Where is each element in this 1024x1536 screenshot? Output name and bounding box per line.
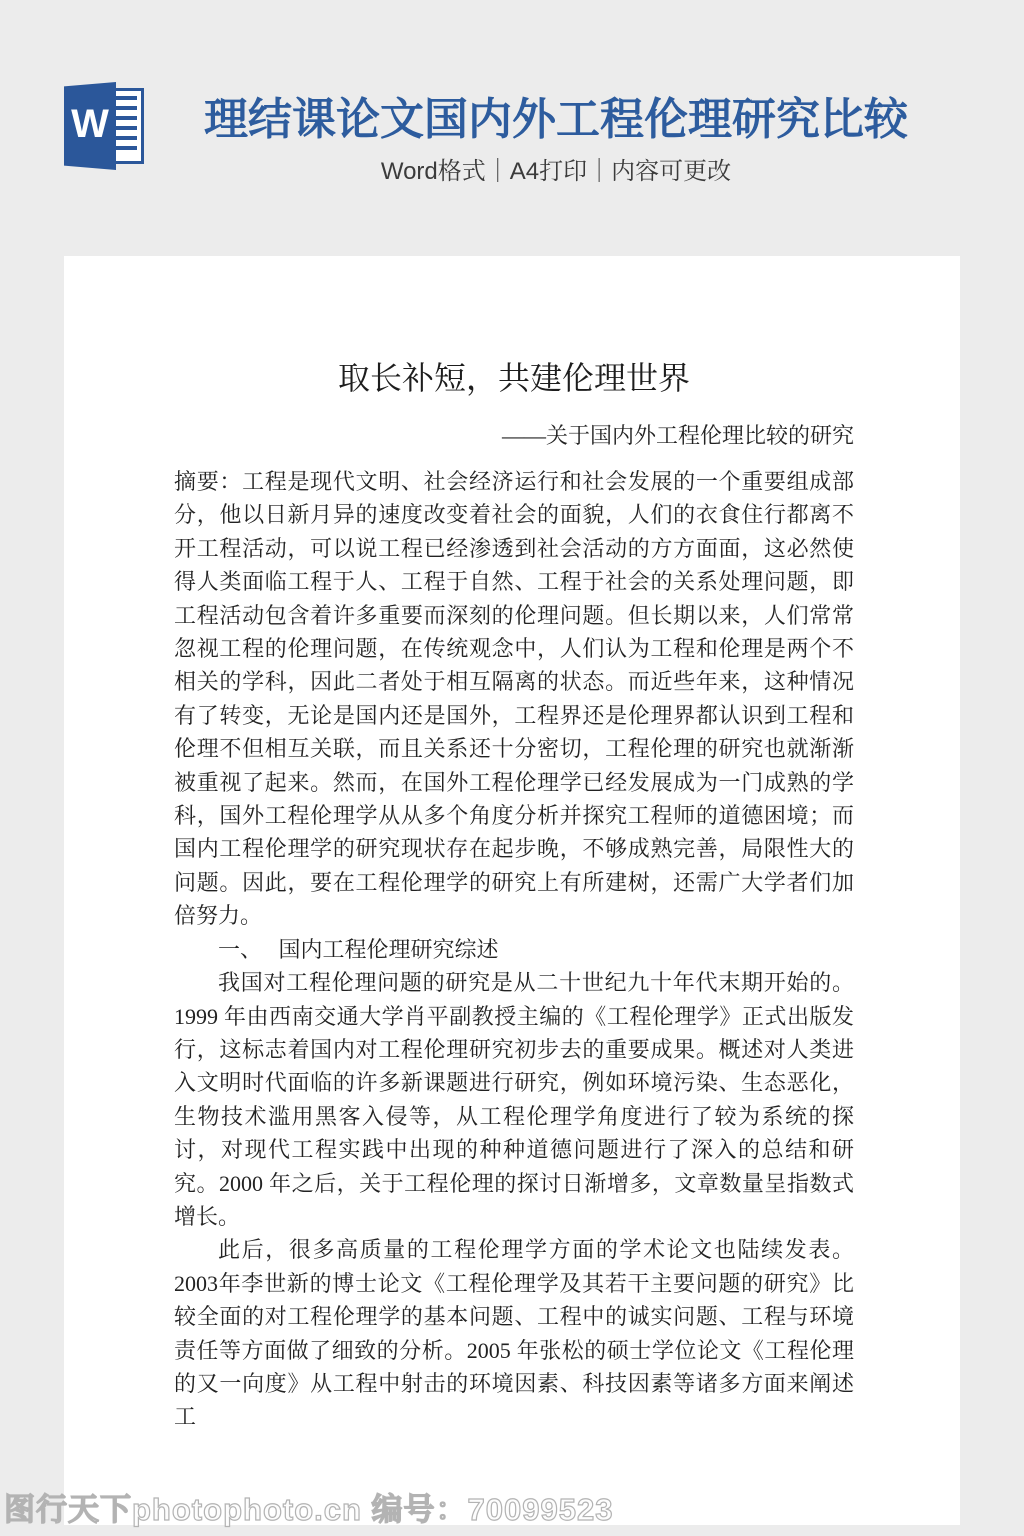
document-title: 取长补短，共建伦理世界 bbox=[174, 355, 854, 401]
template-preview-screenshot: { "colors": { "background": "#ececec", "… bbox=[0, 0, 1024, 1536]
word-icon-front: W bbox=[64, 82, 116, 170]
paragraph-abstract: 摘要：工程是现代文明、社会经济运行和社会发展的一个重要组成部分，他以日新月异的速… bbox=[174, 465, 854, 933]
word-icon-sheet-lines bbox=[113, 96, 137, 156]
header-title: 理结课论文国内外工程伦理研究比较 bbox=[146, 94, 966, 146]
watermark: 图行天下photophoto.cn 编号：70099523 bbox=[4, 1484, 613, 1529]
paragraph-body-2: 此后，很多高质量的工程伦理学方面的学术论文也陆续发表。2003年李世新的博士论文… bbox=[174, 1233, 854, 1433]
paragraph-body-1: 我国对工程伦理问题的研究是从二十世纪九十年代末期开始的。1999 年由西南交通大… bbox=[174, 966, 854, 1233]
section-heading: 一、 国内工程伦理研究综述 bbox=[174, 933, 854, 966]
document-page: 取长补短，共建伦理世界 ——关于国内外工程伦理比较的研究 摘要：工程是现代文明、… bbox=[64, 256, 960, 1525]
header-text-block: 理结课论文国内外工程伦理研究比较 Word格式｜A4打印｜内容可更改 bbox=[146, 94, 1024, 186]
document-subtitle: ——关于国内外工程伦理比较的研究 bbox=[174, 419, 854, 452]
word-document-icon: W bbox=[64, 82, 146, 170]
header-subtitle: Word格式｜A4打印｜内容可更改 bbox=[146, 158, 966, 186]
header: W 理结课论文国内外工程伦理研究比较 Word格式｜A4打印｜内容可更改 bbox=[0, 0, 1024, 256]
word-icon-letter: W bbox=[71, 104, 109, 148]
